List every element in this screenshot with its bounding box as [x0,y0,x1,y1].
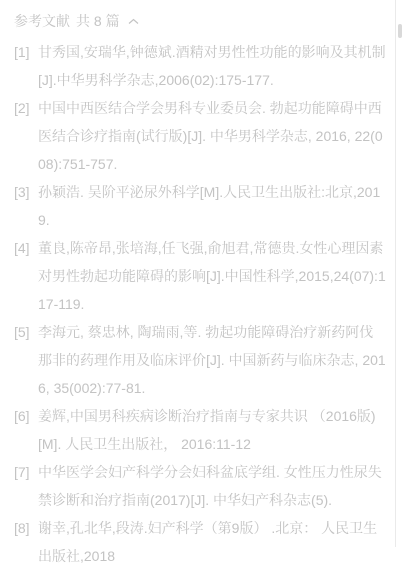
reference-index: [7] [14,458,30,486]
reference-item: [8]谢幸,孔北华,段涛.妇产科学（第9版） .北京： 人民卫生出版社,2018 [14,514,387,547]
scrollbar[interactable] [397,0,407,547]
reference-index: [4] [14,234,30,262]
reference-item: [2]中国中西医结合学会男科专业委员会. 勃起功能障碍中西医结合诊疗指南(试行版… [14,94,387,178]
reference-text: 姜辉,中国男科疾病诊断治疗指南与专家共识 （2016版)[M]. 人民卫生出版社… [38,408,376,452]
reference-text: 中国中西医结合学会男科专业委员会. 勃起功能障碍中西医结合诊疗指南(试行版)[J… [38,100,383,172]
references-panel: 参考文献共 8 篇 [1]甘秀国,安瑞华,钟德斌.酒精对男性性功能的影响及其机制… [0,0,396,547]
references-count: 共 8 篇 [76,13,120,29]
reference-text: 孙颖浩. 吴阶平泌尿外科学[M].人民卫生出版社:北京,2019. [38,184,380,228]
reference-item: [1]甘秀国,安瑞华,钟德斌.酒精对男性性功能的影响及其机制[J].中华男科学杂… [14,38,387,94]
reference-text: 李海元, 蔡忠林, 陶瑞雨,等. 勃起功能障碍治疗新药阿伐那非的药理作用及临床评… [38,324,386,396]
reference-item: [7]中华医学会妇产科学分会妇科盆底学组. 女性压力性尿失禁诊断和治疗指南(20… [14,458,387,514]
references-title: 参考文献 [14,13,70,29]
reference-index: [5] [14,318,30,346]
reference-item: [5]李海元, 蔡忠林, 陶瑞雨,等. 勃起功能障碍治疗新药阿伐那非的药理作用及… [14,318,387,402]
reference-index: [6] [14,402,30,430]
scrollbar-thumb[interactable] [398,24,402,38]
reference-item: [6]姜辉,中国男科疾病诊断治疗指南与专家共识 （2016版)[M]. 人民卫生… [14,402,387,458]
chevron-up-icon[interactable] [128,8,139,32]
reference-index: [8] [14,514,30,542]
reference-text: 谢幸,孔北华,段涛.妇产科学（第9版） .北京： 人民卫生出版社,2018 [38,520,377,547]
references-header[interactable]: 参考文献共 8 篇 [14,8,387,32]
reference-item: [4]董良,陈帝昂,张培海,任飞强,俞旭君,常德贵.女性心理因素对男性勃起功能障… [14,234,387,318]
reference-index: [1] [14,38,30,66]
reference-text: 董良,陈帝昂,张培海,任飞强,俞旭君,常德贵.女性心理因素对男性勃起功能障碍的影… [38,240,386,312]
reference-index: [2] [14,94,30,122]
reference-text: 中华医学会妇产科学分会妇科盆底学组. 女性压力性尿失禁诊断和治疗指南(2017)… [38,464,382,508]
reference-item: [3]孙颖浩. 吴阶平泌尿外科学[M].人民卫生出版社:北京,2019. [14,178,387,234]
references-list: [1]甘秀国,安瑞华,钟德斌.酒精对男性性功能的影响及其机制[J].中华男科学杂… [14,38,387,547]
reference-index: [3] [14,178,30,206]
reference-text: 甘秀国,安瑞华,钟德斌.酒精对男性性功能的影响及其机制[J].中华男科学杂志,2… [38,44,386,88]
